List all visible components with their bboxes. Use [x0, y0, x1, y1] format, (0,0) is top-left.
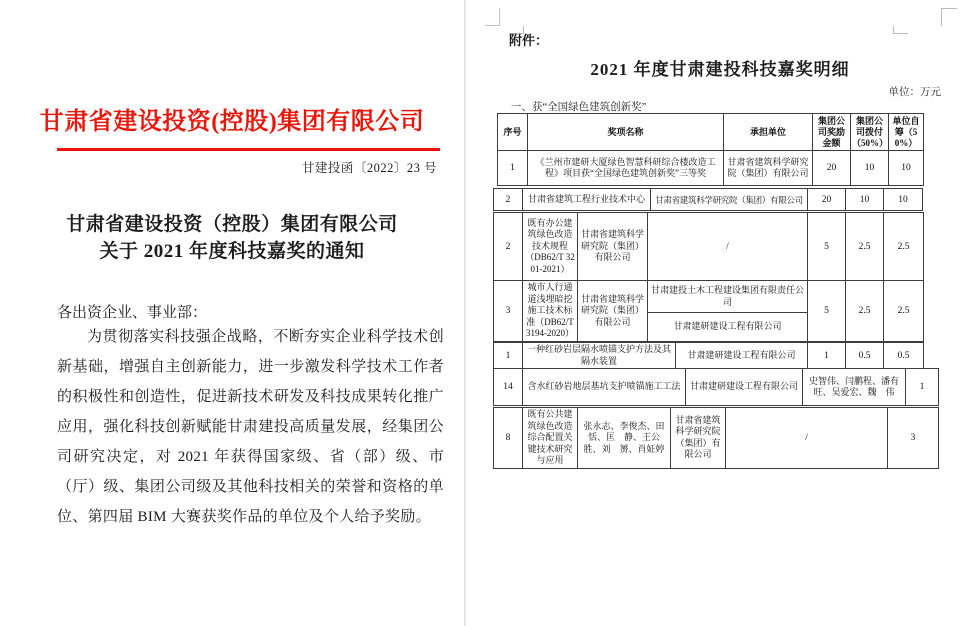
awards-table-row2: 2 甘肃省建筑工程行业技术中心 甘肃省建筑科学研究院（集团）有限公司 20 10… [493, 188, 923, 211]
cell-award-name: 既有公共建筑绿色改造综合配置关键技术研究与应用 [523, 408, 578, 469]
attachment-title: 2021 年度甘肃建投科技嘉奖明细 [467, 55, 973, 80]
table-row: 14 含水红砂岩地层基坑支护喷锚施工工法 甘肃建研建设工程有限公司 史智伟、闫鹏… [494, 369, 939, 406]
unit-note: 单位：万元 [889, 84, 942, 99]
col-header-award-name: 奖项名称 [528, 114, 724, 151]
cell-unit-b-top: 甘肃建投土木工程建设集团有限责任公司 [648, 281, 808, 313]
table-row: 1 一种红砂岩层隔水喷锚支护方法及其隔水装置 甘肃建研建设工程有限公司 1 0.… [494, 343, 924, 369]
cell-no: 14 [494, 369, 523, 406]
cell-advance: 2.5 [846, 281, 884, 342]
cell-self-raised: 10 [889, 151, 924, 186]
cell-award-amount: 20 [813, 151, 851, 186]
table-row: 8 既有公共建筑绿色改造综合配置关键技术研究与应用 张永志、李俊杰、田 恬、匡 … [494, 408, 939, 469]
cell-persons: 张永志、李俊杰、田 恬、匡 静、王公胜、刘 赟、肖姃婷 [578, 408, 671, 469]
table-row: 1 《兰州市建研大厦绿色智慧科研综合楼改造工程》项目获“全国绿色建筑创新奖”三等… [498, 151, 924, 186]
cell-unit-b-bottom: 甘肃建研建设工程有限公司 [648, 313, 808, 341]
notice-page: 甘肃省建设投资(控股)集团有限公司 甘建投函〔2022〕23 号 甘肃省建设投资… [0, 0, 464, 626]
table-header-row: 序号 奖项名称 承担单位 集团公司奖励金额 集团公司拨付（50%） 单位自筹（5… [498, 114, 924, 151]
awards-table-research: 8 既有公共建筑绿色改造综合配置关键技术研究与应用 张永志、李俊杰、田 恬、匡 … [493, 407, 939, 469]
col-header-advance: 集团公司拨付（50%） [851, 114, 889, 151]
cell-unit: 甘肃省建筑科学研究院（集团）有限公司 [671, 408, 726, 469]
notice-body: 为贯彻落实科技强企战略，不断夯实企业科学技术创新基础，增强自主创新能力，进一步激… [57, 322, 444, 532]
salutation: 各出资企业、事业部： [57, 301, 207, 322]
cell-no: 2 [494, 213, 523, 281]
cell-advance: 2.5 [846, 213, 884, 281]
cell-advance: 10 [846, 189, 884, 211]
document-number: 甘建投函〔2022〕23 号 [302, 158, 437, 176]
notice-title: 甘肃省建设投资（控股）集团有限公司 关于 2021 年度科技嘉奖的通知 [0, 211, 464, 265]
col-header-self-raised: 单位自筹（50%） [889, 114, 924, 151]
cell-unit: 甘肃省建筑科学研究院（集团）有限公司 [651, 189, 808, 211]
cell-self-raised: 2.5 [884, 213, 924, 281]
cell-unit: 甘肃建研建设工程有限公司 [676, 343, 808, 369]
table-row: 3 城市人行通道浅埋暗挖施工技术标准（DB62/T 3194-2020） 甘肃省… [494, 281, 924, 313]
cell-award-name: 城市人行通道浅埋暗挖施工技术标准（DB62/T 3194-2020） [523, 281, 578, 342]
table-row: 2 既有办公建筑绿色改造技术规程（DB62/T 3201-2021） 甘肃省建筑… [494, 213, 924, 281]
cell-award-amount: 1 [808, 343, 846, 369]
col-header-award-amount: 集团公司奖励金额 [813, 114, 851, 151]
crop-mark-inner-right [893, 26, 908, 34]
cell-advance: 0.5 [846, 343, 884, 369]
cell-unit-b: / [726, 408, 888, 469]
col-header-unit: 承担单位 [724, 114, 813, 151]
cell-award-amount: 5 [808, 213, 846, 281]
cell-no: 3 [494, 281, 523, 342]
cell-amount: 1 [906, 369, 939, 406]
cell-award-name: 《兰州市建研大厦绿色智慧科研综合楼改造工程》项目获“全国绿色建筑创新奖”三等奖 [528, 151, 724, 186]
awards-table-standards: 2 既有办公建筑绿色改造技术规程（DB62/T 3201-2021） 甘肃省建筑… [493, 212, 924, 342]
cell-unit-a: 甘肃省建筑科学研究院（集团）有限公司 [578, 213, 648, 281]
page-boundary [464, 0, 466, 626]
cell-no: 1 [498, 151, 528, 186]
awards-table-section1: 序号 奖项名称 承担单位 集团公司奖励金额 集团公司拨付（50%） 单位自筹（5… [497, 113, 924, 186]
cell-award-name: 既有办公建筑绿色改造技术规程（DB62/T 3201-2021） [523, 213, 578, 281]
awards-table-method: 14 含水红砂岩地层基坑支护喷锚施工工法 甘肃建研建设工程有限公司 史智伟、闫鹏… [493, 368, 939, 406]
document-view: 甘肃省建设投资(控股)集团有限公司 甘建投函〔2022〕23 号 甘肃省建设投资… [0, 0, 973, 626]
notice-title-line1: 甘肃省建设投资（控股）集团有限公司 [0, 211, 464, 238]
cell-no: 8 [494, 408, 523, 469]
cell-no: 2 [494, 189, 523, 211]
cell-award-name: 含水红砂岩地层基坑支护喷锚施工工法 [523, 369, 686, 406]
col-header-no: 序号 [498, 114, 528, 151]
letterhead-title: 甘肃省建设投资(控股)集团有限公司 [0, 106, 464, 138]
attachment-page: 附件： 2021 年度甘肃建投科技嘉奖明细 单位：万元 一、获“全国绿色建筑创新… [467, 0, 973, 626]
letterhead-divider [57, 148, 440, 151]
crop-mark-top-left [485, 8, 500, 26]
cell-unit-b: / [648, 213, 808, 281]
notice-title-line2: 关于 2021 年度科技嘉奖的通知 [0, 238, 464, 265]
cell-no: 1 [494, 343, 523, 369]
cell-unit-a: 甘肃省建筑科学研究院（集团）有限公司 [578, 281, 648, 342]
table-row: 2 甘肃省建筑工程行业技术中心 甘肃省建筑科学研究院（集团）有限公司 20 10… [494, 189, 923, 211]
cell-self-raised: 2.5 [884, 281, 924, 342]
cell-award-amount: 20 [808, 189, 846, 211]
cell-advance: 10 [851, 151, 889, 186]
awards-table-patent: 1 一种红砂岩层隔水喷锚支护方法及其隔水装置 甘肃建研建设工程有限公司 1 0.… [493, 342, 924, 369]
cell-award-name: 甘肃省建筑工程行业技术中心 [523, 189, 651, 211]
cell-unit: 甘肃省建筑科学研究院（集团）有限公司 [724, 151, 813, 186]
cell-award-amount: 5 [808, 281, 846, 342]
section-1-heading: 一、获“全国绿色建筑创新奖” [511, 99, 646, 114]
cell-award-name: 一种红砂岩层隔水喷锚支护方法及其隔水装置 [523, 343, 676, 369]
attachment-label: 附件： [509, 30, 548, 49]
cell-unit: 甘肃建研建设工程有限公司 [686, 369, 803, 406]
cell-persons: 史智伟、闫鹏程、潘有旺、吴爱宏、魏 伟 [803, 369, 906, 406]
cell-self-raised: 0.5 [884, 343, 924, 369]
crop-mark-top-right [941, 8, 957, 26]
cell-amount: 3 [888, 408, 939, 469]
cell-self-raised: 10 [884, 189, 923, 211]
